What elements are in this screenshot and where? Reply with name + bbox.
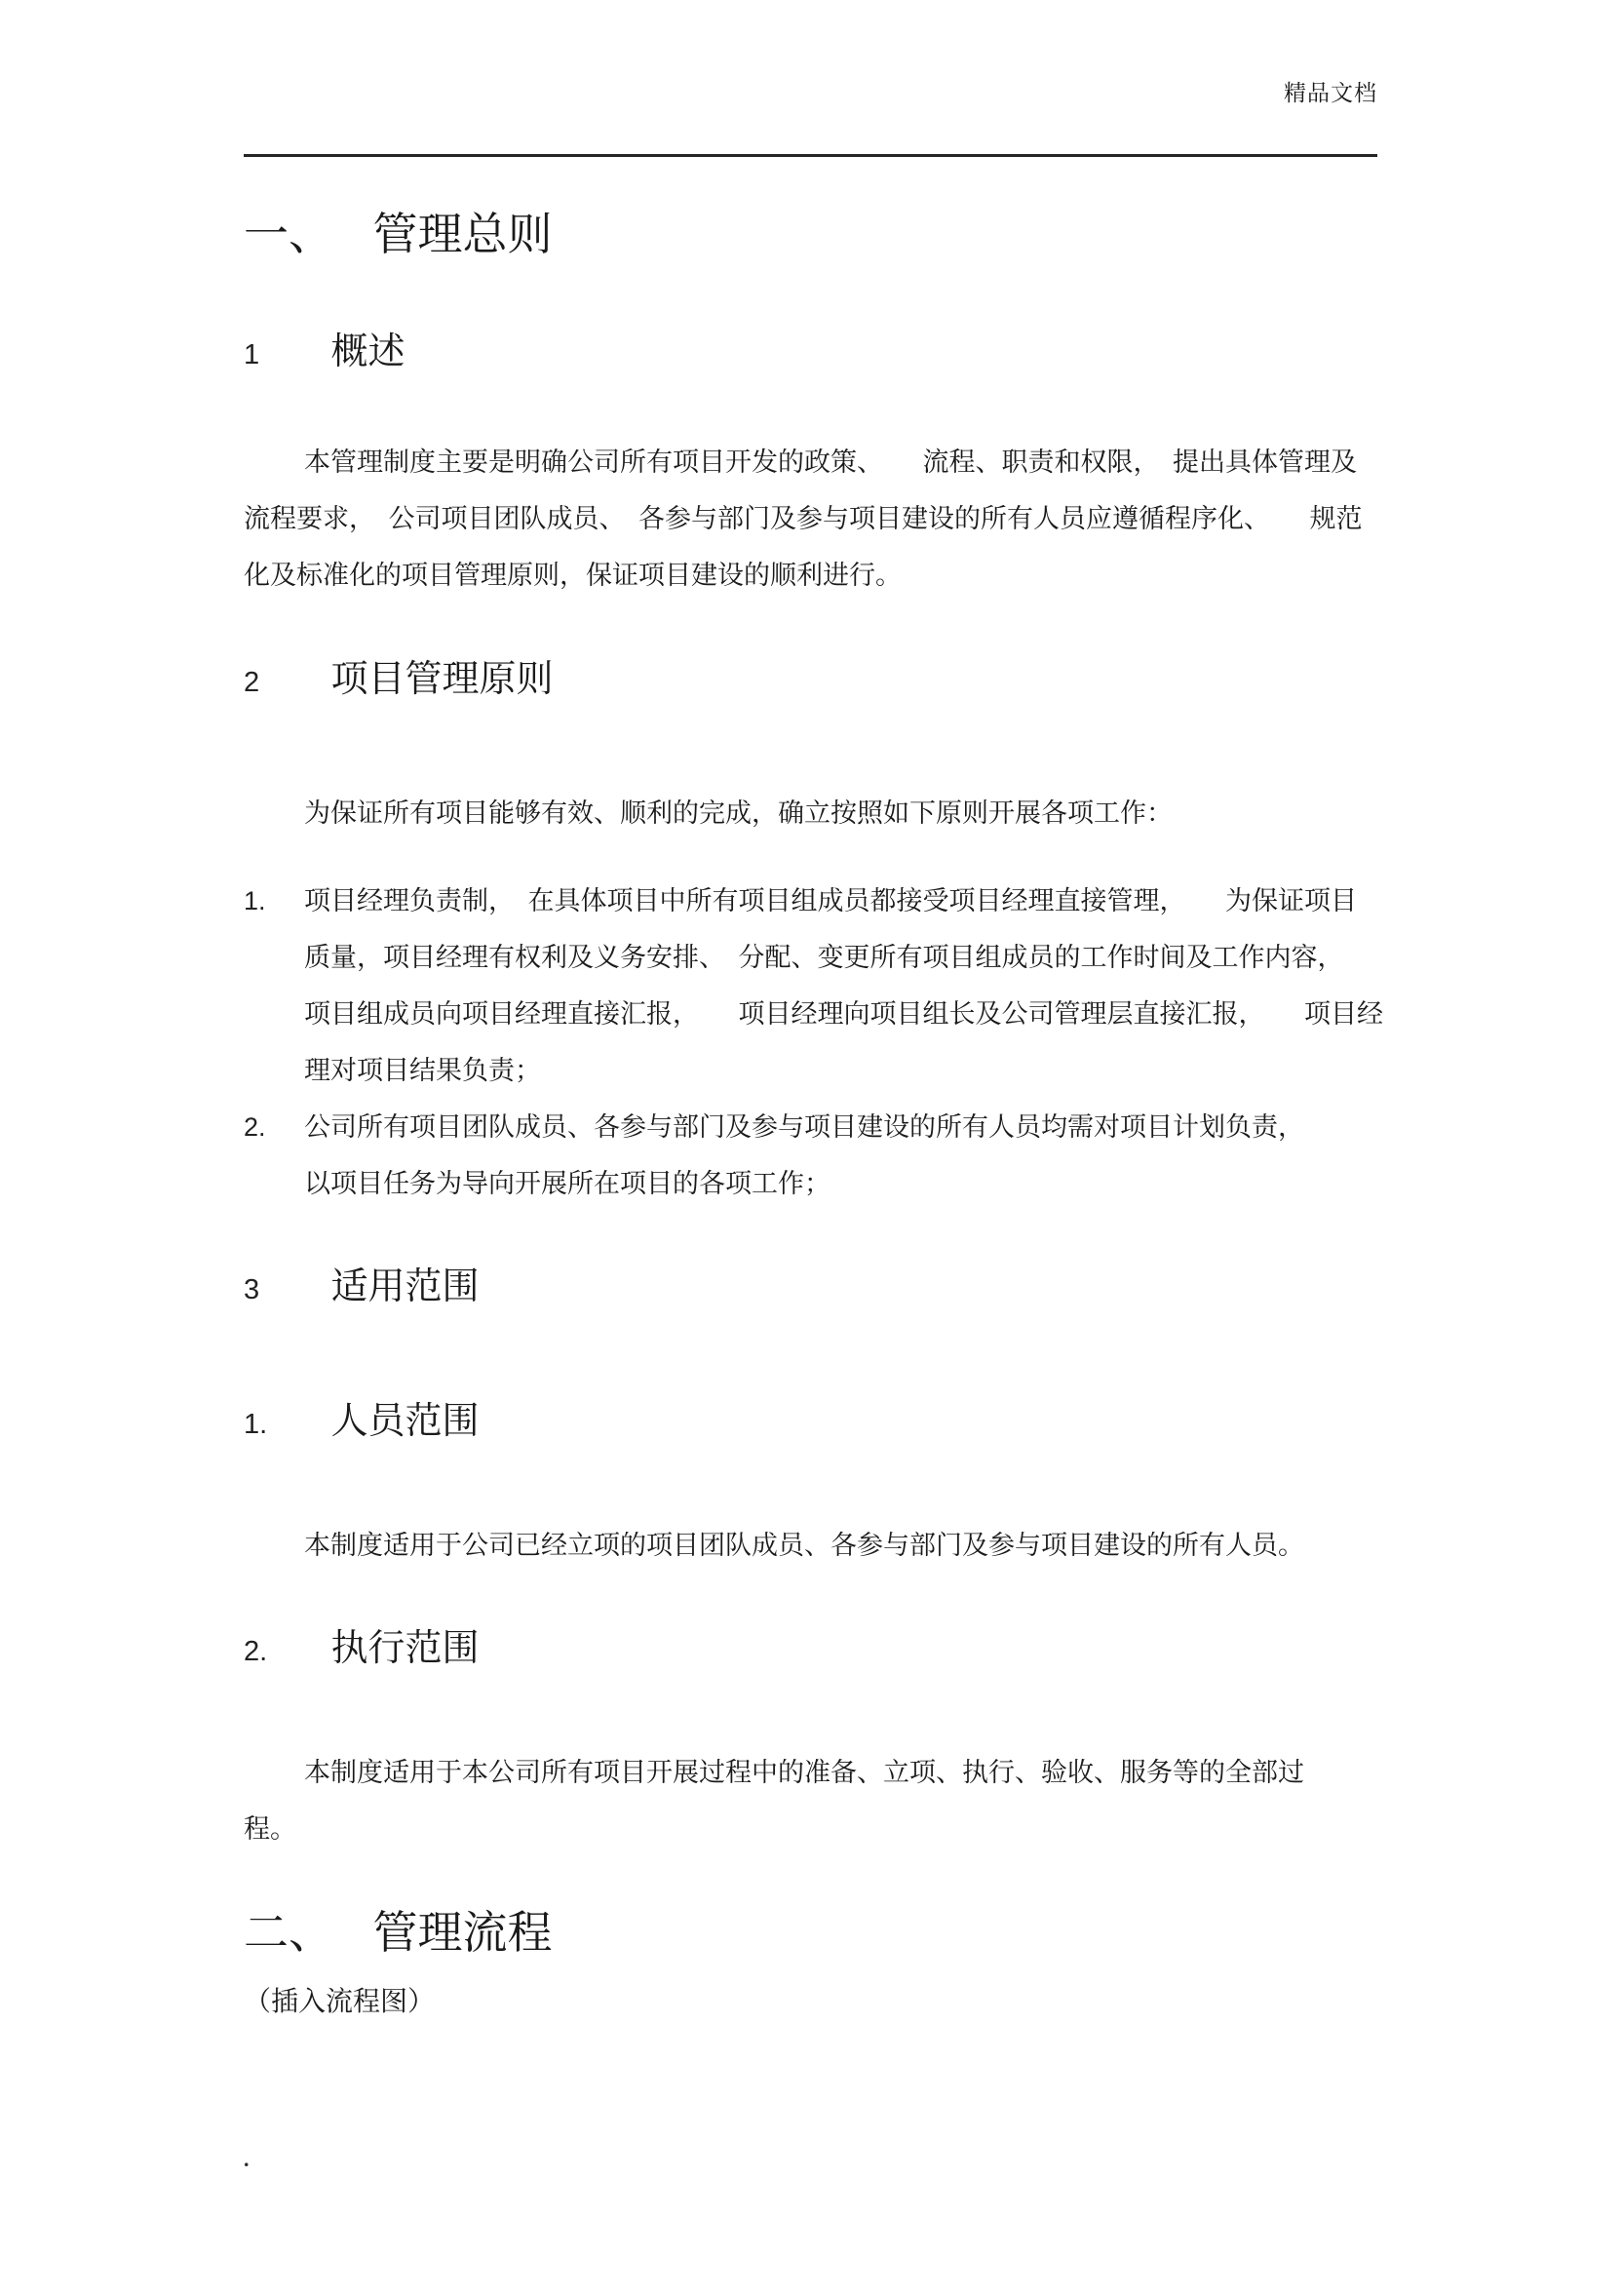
paragraph-overview-line: 流程要求， 公司项目团队成员、 各参与部门及参与项目建设的所有人员应遵循程序化、…	[244, 490, 1377, 547]
flowchart-placeholder-note: （插入流程图）	[244, 1983, 1377, 2022]
heading-chapter-2-number: 二、	[244, 1908, 333, 1958]
heading-chapter-2-title: 管理流程	[373, 1908, 553, 1958]
heading-subsection-personnel-scope: 1. 人员范围	[244, 1396, 1377, 1450]
heading-chapter-1-number: 一、	[244, 210, 333, 259]
heading-chapter-1-title: 管理总则	[373, 210, 553, 259]
header-watermark-text: 精品文档	[1284, 81, 1377, 105]
trailing-period-mark: .	[244, 2150, 250, 2169]
paragraph-execution-scope: 本制度适用于本公司所有项目开展过程中的准备、立项、执行、验收、服务等的全部过 程…	[244, 1744, 1377, 1857]
paragraph-principles-intro-line: 为保证所有项目能够有效、顺利的完成，确立按照如下原则开展各项工作：	[244, 785, 1377, 841]
list-item-line: 以项目任务为导向开展所在项目的各项工作；	[304, 1155, 1377, 1212]
list-item-number: 1.	[244, 873, 304, 929]
list-item-body: 公司所有项目团队成员、各参与部门及参与项目建设的所有人员均需对项目计划负责， 以…	[304, 1099, 1377, 1212]
list-item-body: 项目经理负责制， 在具体项目中所有项目组成员都接受项目经理直接管理， 为保证项目…	[304, 873, 1377, 1099]
heading-section-overview-title: 概述	[331, 331, 405, 372]
paragraph-overview-line: 化及标准化的项目管理原则，保证项目建设的顺利进行。	[244, 547, 1377, 603]
heading-section-overview: 1 概述	[244, 327, 1377, 380]
list-item-line: 质量，项目经理有权利及义务安排、 分配、变更所有项目组成员的工作时间及工作内容，	[304, 929, 1377, 986]
principles-list: 1. 项目经理负责制， 在具体项目中所有项目组成员都接受项目经理直接管理， 为保…	[244, 873, 1377, 1212]
heading-subsection-personnel-scope-number: 1.	[244, 1399, 322, 1450]
heading-section-scope: 3 适用范围	[244, 1262, 1377, 1315]
heading-section-scope-number: 3	[244, 1265, 322, 1315]
heading-subsection-execution-scope-number: 2.	[244, 1626, 322, 1677]
list-item-number: 2.	[244, 1099, 304, 1155]
paragraph-execution-scope-line: 本制度适用于本公司所有项目开展过程中的准备、立项、执行、验收、服务等的全部过	[244, 1744, 1377, 1801]
paragraph-personnel-scope-line: 本制度适用于公司已经立项的项目团队成员、各参与部门及参与项目建设的所有人员。	[244, 1517, 1377, 1574]
paragraph-overview-line: 本管理制度主要是明确公司所有项目开发的政策、 流程、职责和权限， 提出具体管理及	[244, 434, 1377, 490]
paragraph-personnel-scope: 本制度适用于公司已经立项的项目团队成员、各参与部门及参与项目建设的所有人员。	[244, 1517, 1377, 1574]
list-item: 1. 项目经理负责制， 在具体项目中所有项目组成员都接受项目经理直接管理， 为保…	[244, 873, 1377, 1099]
list-item: 2. 公司所有项目团队成员、各参与部门及参与项目建设的所有人员均需对项目计划负责…	[244, 1099, 1377, 1212]
document-page: 精品文档 一、 管理总则 1 概述 本管理制度主要是明确公司所有项目开发的政策、…	[0, 0, 1622, 2296]
paragraph-execution-scope-line: 程。	[244, 1801, 1377, 1857]
heading-section-overview-number: 1	[244, 330, 322, 380]
list-item-line: 理对项目结果负责；	[304, 1042, 1377, 1099]
heading-section-scope-title: 适用范围	[331, 1266, 480, 1307]
list-item-line: 项目组成员向项目经理直接汇报， 项目经理向项目组长及公司管理层直接汇报， 项目经	[304, 986, 1377, 1042]
paragraph-principles-intro: 为保证所有项目能够有效、顺利的完成，确立按照如下原则开展各项工作：	[244, 785, 1377, 841]
heading-subsection-execution-scope-title: 执行范围	[331, 1628, 480, 1669]
heading-chapter-2: 二、 管理流程	[244, 1904, 1377, 1963]
heading-section-principles-title: 项目管理原则	[331, 659, 554, 700]
header-rule	[244, 154, 1377, 157]
heading-section-principles-number: 2	[244, 657, 322, 708]
page-header: 精品文档	[244, 0, 1377, 109]
list-item-line: 项目经理负责制， 在具体项目中所有项目组成员都接受项目经理直接管理， 为保证项目	[304, 873, 1377, 929]
heading-chapter-1: 一、 管理总则	[244, 206, 1377, 264]
paragraph-overview: 本管理制度主要是明确公司所有项目开发的政策、 流程、职责和权限， 提出具体管理及…	[244, 434, 1377, 603]
list-item-line: 公司所有项目团队成员、各参与部门及参与项目建设的所有人员均需对项目计划负责，	[304, 1099, 1377, 1155]
heading-subsection-personnel-scope-title: 人员范围	[331, 1401, 480, 1442]
heading-subsection-execution-scope: 2. 执行范围	[244, 1623, 1377, 1677]
heading-section-principles: 2 项目管理原则	[244, 654, 1377, 708]
